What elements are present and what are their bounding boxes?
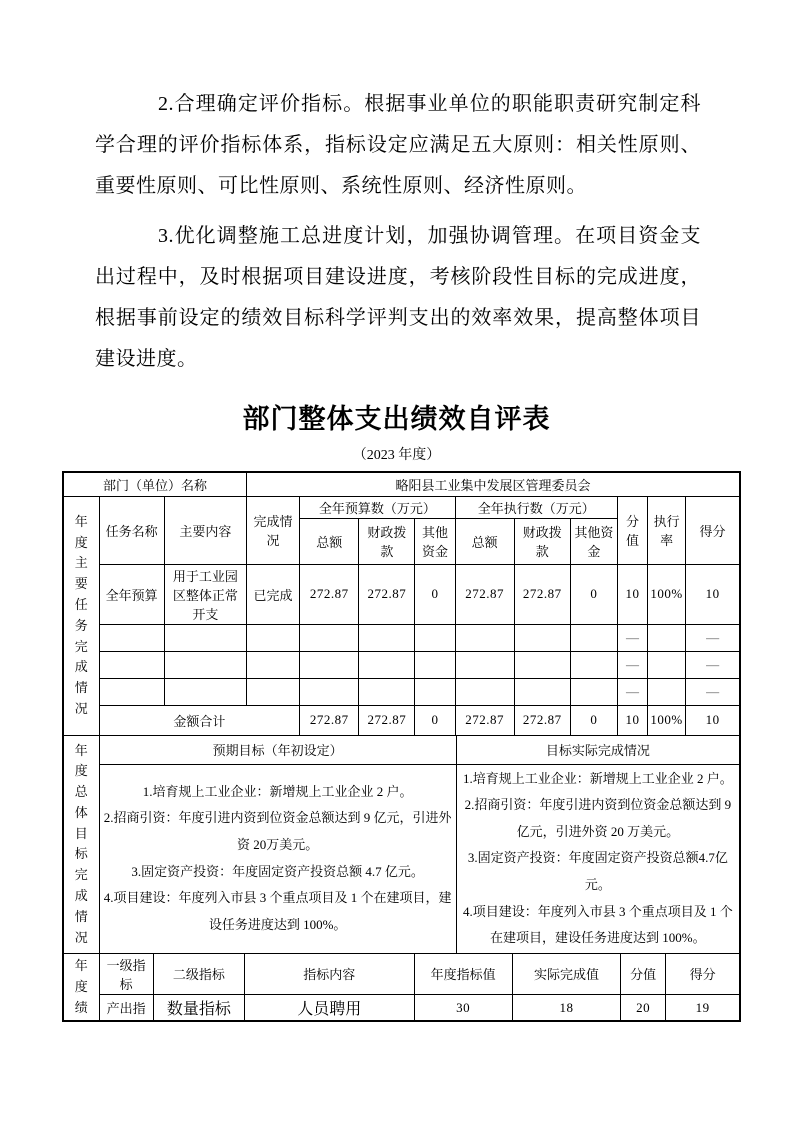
empty-cell — [246, 624, 299, 651]
empty-cell — [246, 651, 299, 678]
empty-cell — [570, 651, 617, 678]
paragraph-schedule-optimization: 3.优化调整施工总进度计划，加强协调管理。在项目资金支出过程中，及时根据项目建设… — [95, 216, 701, 380]
header-completion-status: 完成情况 — [246, 496, 299, 564]
empty-cell — [359, 624, 415, 651]
goals-header-row: 年度总体目标完成情况 预期目标（年初设定） 目标实际完成情况 — [64, 736, 739, 764]
exec-total-cell: 272.87 — [455, 564, 514, 624]
document-page: 2.合理确定评价指标。根据事业单位的职能职责研究制定科学合理的评价指标体系，指标… — [0, 0, 793, 1122]
actual-goal-item: 2.招商引资：年度引进内资到位资金总额达到 9 亿元，引进外资 20 万美元。 — [459, 792, 737, 845]
empty-cell — [514, 678, 570, 705]
amount-total-label: 金额合计 — [99, 705, 300, 735]
annual-tasks-table: 部门（单位）名称 略阳县工业集中发展区管理委员会 年度主要任务完成情况 任务名称… — [64, 473, 739, 735]
performance-data-row: 产出指 数量指标 人员聘用 30 18 20 19 — [64, 994, 739, 1020]
empty-task-row: — — — [64, 651, 739, 678]
header-score-weight: 分值 — [617, 496, 647, 564]
total-score-weight-cell: 10 — [617, 705, 647, 735]
page-subtitle: （2023 年度） — [0, 444, 793, 464]
header-task-name: 任务名称 — [99, 496, 164, 564]
side-label-text: 年度主要任务完成情况 — [75, 512, 88, 720]
total-budget-total-cell: 272.87 — [300, 705, 359, 735]
empty-cell — [300, 651, 359, 678]
empty-cell — [455, 678, 514, 705]
exec-other-cell: 0 — [570, 564, 617, 624]
empty-cell — [514, 651, 570, 678]
empty-cell — [570, 678, 617, 705]
empty-cell — [164, 651, 246, 678]
side-label-text: 年度总体目标完成情况 — [75, 741, 88, 949]
total-exec-fiscal-cell: 272.87 — [514, 705, 570, 735]
side-label-performance: 年度绩 — [64, 954, 99, 1021]
header-perf-score-weight: 分值 — [621, 954, 666, 995]
header-budget-other: 其他资金 — [415, 518, 455, 564]
main-content-cell: 用于工业园区整体正常开支 — [164, 564, 246, 624]
empty-task-row: — — — [64, 624, 739, 651]
total-budget-other-cell: 0 — [415, 705, 455, 735]
side-label-annual-tasks: 年度主要任务完成情况 — [64, 496, 99, 735]
department-row: 部门（单位）名称 略阳县工业集中发展区管理委员会 — [64, 473, 739, 496]
indicator-content-cell: 人员聘用 — [245, 994, 415, 1020]
empty-cell — [648, 624, 686, 651]
budget-total-cell: 272.87 — [300, 564, 359, 624]
empty-cell — [570, 624, 617, 651]
goals-content-row: 1.培育规上工业企业：新增规上工业企业 2 户。 2.招商引资：年度引进内资到位… — [64, 764, 739, 953]
level2-indicator-cell: 数量指标 — [153, 994, 244, 1020]
empty-cell — [415, 651, 455, 678]
amount-total-row: 金额合计 272.87 272.87 0 272.87 272.87 0 10 … — [64, 705, 739, 735]
perf-score-cell: 19 — [666, 994, 739, 1020]
perf-score-weight-cell: 20 — [621, 994, 666, 1020]
header-indicator-content: 指标内容 — [245, 954, 415, 995]
task-name-cell: 全年预算 — [99, 564, 164, 624]
empty-cell — [300, 678, 359, 705]
department-name-label: 部门（单位）名称 — [64, 473, 246, 496]
empty-cell — [164, 678, 246, 705]
empty-cell — [359, 651, 415, 678]
completion-status-cell: 已完成 — [246, 564, 299, 624]
empty-cell — [300, 624, 359, 651]
header-actual-value: 实际完成值 — [512, 954, 620, 995]
section-annual-tasks: 部门（单位）名称 略阳县工业集中发展区管理委员会 年度主要任务完成情况 任务名称… — [64, 473, 739, 736]
header-perf-score: 得分 — [666, 954, 739, 995]
paragraph-eval-indicators: 2.合理确定评价指标。根据事业单位的职能职责研究制定科学合理的评价指标体系，指标… — [95, 84, 701, 207]
section-performance-indicators: 年度绩 一级指标 二级指标 指标内容 年度指标值 实际完成值 分值 得分 产出指… — [64, 954, 739, 1021]
header-target-value: 年度指标值 — [414, 954, 512, 995]
actual-goal-item: 3.固定资产投资：年度固定资产投资总额4.7亿元。 — [459, 845, 737, 898]
score-dash: — — [686, 624, 739, 651]
expected-goal-item: 2.招商引资：年度引进内资到位资金总额达到 9 亿元，引进外资 20万美元。 — [102, 805, 454, 858]
score-weight-cell: 10 — [617, 564, 647, 624]
score-cell: 10 — [686, 564, 739, 624]
expected-goal-item: 3.固定资产投资：年度固定资产投资总额 4.7 亿元。 — [102, 859, 454, 886]
actual-goals-cell: 1.培育规上工业企业：新增规上工业企业 2 户。 2.招商引资：年度引进内资到位… — [456, 764, 739, 953]
empty-cell — [246, 678, 299, 705]
header-annual-execution-group: 全年执行数（万元） — [455, 496, 617, 518]
task-data-row: 全年预算 用于工业园区整体正常开支 已完成 272.87 272.87 0 27… — [64, 564, 739, 624]
score-weight-dash: — — [617, 678, 647, 705]
department-name-value: 略阳县工业集中发展区管理委员会 — [246, 473, 739, 496]
actual-goal-item: 4.项目建设：年度列入市县 3 个重点项目及 1 个在建项目，建设任务进度达到 … — [459, 899, 737, 952]
side-label-annual-goals: 年度总体目标完成情况 — [64, 736, 99, 953]
header-score: 得分 — [686, 496, 739, 564]
budget-other-cell: 0 — [415, 564, 455, 624]
annual-goals-table: 年度总体目标完成情况 预期目标（年初设定） 目标实际完成情况 1.培育规上工业企… — [64, 736, 739, 953]
total-exec-total-cell: 272.87 — [455, 705, 514, 735]
total-exec-other-cell: 0 — [570, 705, 617, 735]
total-budget-fiscal-cell: 272.87 — [359, 705, 415, 735]
execution-rate-cell: 100% — [648, 564, 686, 624]
header-level2-indicator: 二级指标 — [153, 954, 244, 995]
header-budget-total: 总额 — [300, 518, 359, 564]
empty-cell — [514, 624, 570, 651]
header-exec-total: 总额 — [455, 518, 514, 564]
header-budget-fiscal: 财政拨款 — [359, 518, 415, 564]
empty-cell — [164, 624, 246, 651]
empty-cell — [99, 651, 164, 678]
empty-cell — [415, 624, 455, 651]
header-level1-indicator: 一级指标 — [99, 954, 153, 995]
side-label-text: 年度绩 — [75, 956, 88, 1018]
empty-cell — [415, 678, 455, 705]
score-dash: — — [686, 651, 739, 678]
expected-goal-item: 4.项目建设：年度列入市县 3 个重点项目及 1 个在建项目，建设任务进度达到 … — [102, 885, 454, 938]
exec-fiscal-cell: 272.87 — [514, 564, 570, 624]
empty-cell — [648, 651, 686, 678]
score-weight-dash: — — [617, 651, 647, 678]
header-exec-fiscal: 财政拨款 — [514, 518, 570, 564]
target-value-cell: 30 — [414, 994, 512, 1020]
page-title: 部门整体支出绩效自评表 — [0, 397, 793, 436]
header-expected-goals: 预期目标（年初设定） — [99, 736, 456, 764]
score-dash: — — [686, 678, 739, 705]
empty-cell — [99, 624, 164, 651]
level1-indicator-cell: 产出指 — [99, 994, 153, 1020]
header-main-content: 主要内容 — [164, 496, 246, 564]
expected-goal-item: 1.培育规上工业企业：新增规上工业企业 2 户。 — [102, 779, 454, 806]
tasks-header-row-1: 年度主要任务完成情况 任务名称 主要内容 完成情况 全年预算数（万元） 全年执行… — [64, 496, 739, 518]
performance-table: 年度绩 一级指标 二级指标 指标内容 年度指标值 实际完成值 分值 得分 产出指… — [64, 954, 739, 1021]
performance-header-row: 年度绩 一级指标 二级指标 指标内容 年度指标值 实际完成值 分值 得分 — [64, 954, 739, 995]
score-weight-dash: — — [617, 624, 647, 651]
header-exec-other: 其他资金 — [570, 518, 617, 564]
empty-task-row: — — — [64, 678, 739, 705]
budget-fiscal-cell: 272.87 — [359, 564, 415, 624]
empty-cell — [99, 678, 164, 705]
empty-cell — [455, 651, 514, 678]
empty-cell — [359, 678, 415, 705]
empty-cell — [648, 678, 686, 705]
empty-cell — [455, 624, 514, 651]
total-execution-rate-cell: 100% — [648, 705, 686, 735]
actual-goal-item: 1.培育规上工业企业：新增规上工业企业 2 户。 — [459, 766, 737, 793]
actual-value-cell: 18 — [512, 994, 620, 1020]
total-score-cell: 10 — [686, 705, 739, 735]
self-eval-table: 部门（单位）名称 略阳县工业集中发展区管理委员会 年度主要任务完成情况 任务名称… — [62, 471, 741, 1022]
header-annual-budget-group: 全年预算数（万元） — [300, 496, 455, 518]
header-execution-rate: 执行率 — [648, 496, 686, 564]
header-actual-goals: 目标实际完成情况 — [456, 736, 739, 764]
expected-goals-cell: 1.培育规上工业企业：新增规上工业企业 2 户。 2.招商引资：年度引进内资到位… — [99, 764, 456, 953]
section-annual-goals: 年度总体目标完成情况 预期目标（年初设定） 目标实际完成情况 1.培育规上工业企… — [64, 736, 739, 954]
